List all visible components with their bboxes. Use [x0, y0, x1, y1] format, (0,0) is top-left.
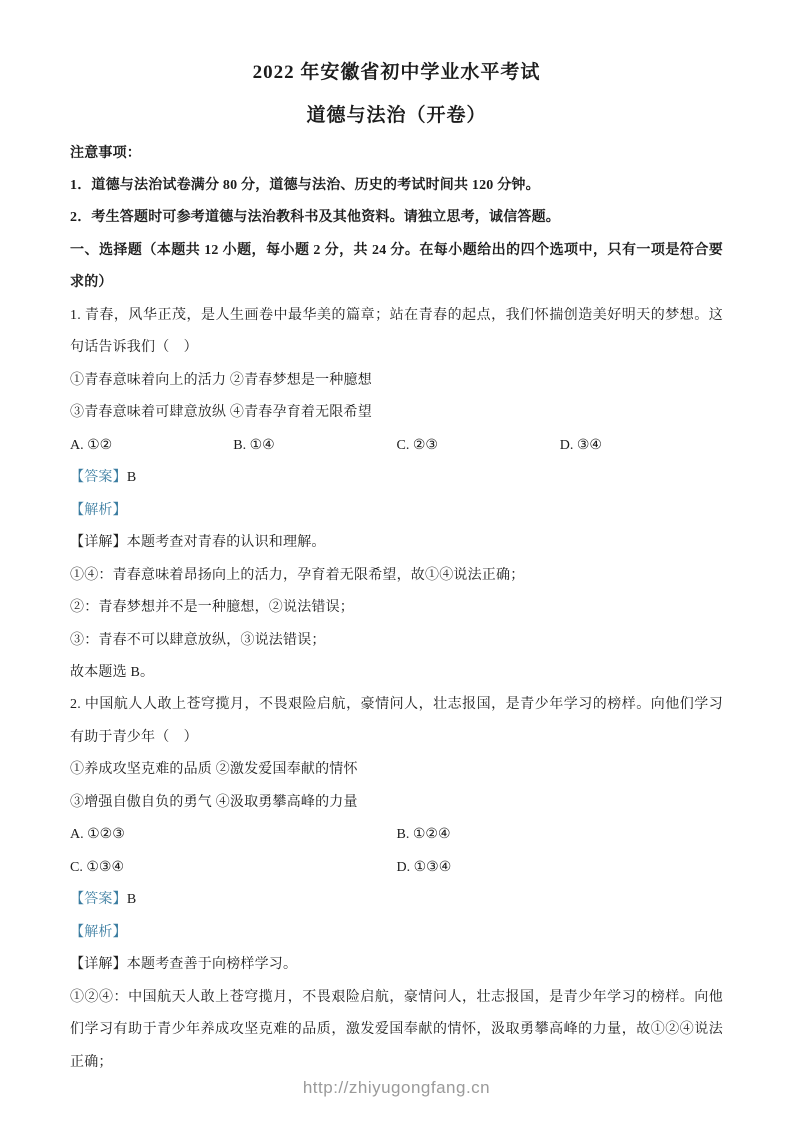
question-1-stem: 1. 青春，风华正茂，是人生画卷中最华美的篇章；站在青春的起点，我们怀揣创造美好… [70, 300, 723, 365]
question-1-statements-12: ①青春意味着向上的活力 ②青春梦想是一种臆想 [70, 365, 723, 397]
question-2-analysis-label: 【解析】 [70, 917, 723, 949]
question-1-choices: A. ①② B. ①④ C. ②③ D. ③④ [70, 430, 723, 462]
question-2-choices-row-2: C. ①③④ D. ①③④ [70, 852, 723, 884]
choice-b: B. ①②④ [397, 819, 724, 851]
choice-b: B. ①④ [233, 430, 396, 462]
question-2-statements-34: ③增强自傲自负的勇气 ④汲取勇攀高峰的力量 [70, 787, 723, 819]
analysis-label: 【解析】 [70, 925, 127, 940]
question-2-answer-row: 【答案】B [70, 884, 723, 916]
choice-d: D. ①③④ [397, 852, 724, 884]
exam-title-line2: 道德与法治（开卷） [70, 95, 723, 138]
question-1-detail: 【详解】本题考查对青春的认识和理解。 [70, 527, 723, 559]
choice-c: C. ②③ [397, 430, 560, 462]
question-2-detail: 【详解】本题考查善于向榜样学习。 [70, 949, 723, 981]
question-1-statements-34: ③青春意味着可肆意放纵 ④青春孕育着无限希望 [70, 397, 723, 429]
notice-item-2: 2．考生答题时可参考道德与法治教科书及其他资料。请独立思考，诚信答题。 [70, 202, 723, 234]
section-heading: 一、选择题（本题共 12 小题，每小题 2 分，共 24 分。在每小题给出的四个… [70, 235, 723, 300]
question-1-explain-1: ①④：青春意味着昂扬向上的活力，孕育着无限希望，故①④说法正确； [70, 560, 723, 592]
answer-value: B [127, 470, 137, 485]
exam-title-line1: 2022 年安徽省初中学业水平考试 [70, 52, 723, 95]
question-1-conclusion: 故本题选 B。 [70, 657, 723, 689]
choice-a: A. ①② [70, 430, 233, 462]
question-2-explain-1: ①②④：中国航天人敢上苍穹揽月，不畏艰险启航，豪情问人，壮志报国，是青少年学习的… [70, 982, 723, 1079]
exam-document-page: 2022 年安徽省初中学业水平考试 道德与法治（开卷） 注意事项： 1．道德与法… [0, 0, 793, 1122]
choice-a: A. ①②③ [70, 819, 397, 851]
notice-item-1: 1．道德与法治试卷满分 80 分，道德与法治、历史的考试时间共 120 分钟。 [70, 170, 723, 202]
question-1-analysis-label: 【解析】 [70, 495, 723, 527]
question-1-answer-row: 【答案】B [70, 462, 723, 494]
choice-c: C. ①③④ [70, 852, 397, 884]
question-1-explain-3: ③：青春不可以肆意放纵，③说法错误； [70, 625, 723, 657]
document-body: 注意事项： 1．道德与法治试卷满分 80 分，道德与法治、历史的考试时间共 12… [70, 138, 723, 1080]
answer-label: 【答案】 [70, 470, 127, 485]
document-content: 2022 年安徽省初中学业水平考试 道德与法治（开卷） 注意事项： 1．道德与法… [70, 52, 723, 1079]
question-2-choices-row-1: A. ①②③ B. ①②④ [70, 819, 723, 851]
notices-heading: 注意事项： [70, 138, 723, 170]
answer-value: B [127, 892, 137, 907]
analysis-label: 【解析】 [70, 503, 127, 518]
answer-label: 【答案】 [70, 892, 127, 907]
footer-url: http://zhiyugongfang.cn [0, 1078, 793, 1098]
question-2-stem: 2. 中国航人人敢上苍穹揽月，不畏艰险启航，豪情问人，壮志报国，是青少年学习的榜… [70, 689, 723, 754]
choice-d: D. ③④ [560, 430, 723, 462]
question-1-explain-2: ②：青春梦想并不是一种臆想，②说法错误； [70, 592, 723, 624]
question-2-statements-12: ①养成攻坚克难的品质 ②激发爱国奉献的情怀 [70, 754, 723, 786]
